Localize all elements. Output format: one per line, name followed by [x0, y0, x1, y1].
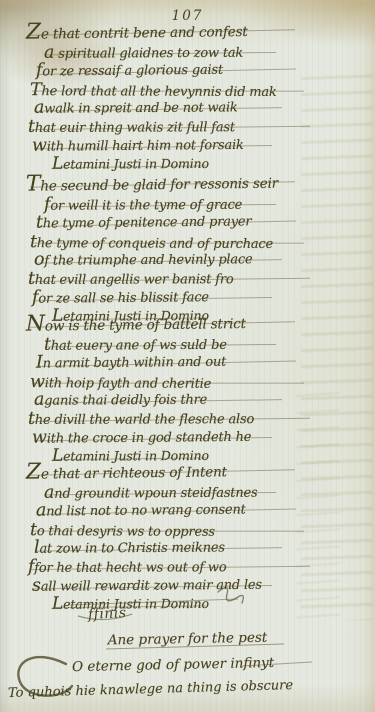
- verse-line: for ze ressaif a glorious gaist: [0, 59, 375, 82]
- next-poem-title: Ane prayer for the pest: [0, 628, 375, 651]
- poem-opening-line: To quhois hie knawlege na thing is obscu…: [8, 678, 293, 701]
- verse-line: The secund be glaid for ressonis seir: [0, 171, 375, 196]
- stanza-1: Ze that contrit bene and confest a spiri…: [0, 24, 375, 174]
- finis-label: ffinis: [88, 605, 127, 623]
- verse-line: and list not to no wrang consent: [0, 499, 375, 522]
- verse-line: the tyme of penitence and prayer: [0, 211, 375, 234]
- stanza-4: Ze that ar richteous of Intent and groun…: [0, 464, 375, 614]
- verse-line: Ze that ar richteous of Intent: [0, 459, 375, 484]
- stanza-3: Now is the tyme of battell strict that e…: [0, 316, 375, 466]
- verse-line: of the triumphe and hevinly place: [0, 250, 375, 271]
- verse-line: Now is the tyme of battell strict: [0, 311, 375, 336]
- verse-line: aganis thai deidly fois thre: [0, 390, 375, 411]
- verse-line: In armit bayth within and out: [0, 351, 375, 374]
- stanza-2: The secund be glaid for ressonis seir fo…: [0, 176, 375, 326]
- verse-line: awalk in spreit and be not waik: [0, 98, 375, 119]
- refrain-line: Letamini Justi in Domino: [0, 154, 375, 174]
- verse-line: lat zow in to Christis meiknes: [0, 538, 375, 559]
- manuscript-page: 107 Ze that contrit bene and confest a s…: [0, 0, 375, 712]
- verse-line: Ze that contrit bene and confest: [0, 19, 375, 44]
- refrain-line: Letamini Justi in Domino: [0, 594, 375, 614]
- poem-opening-line: O eterne god of power infinyt: [72, 655, 274, 675]
